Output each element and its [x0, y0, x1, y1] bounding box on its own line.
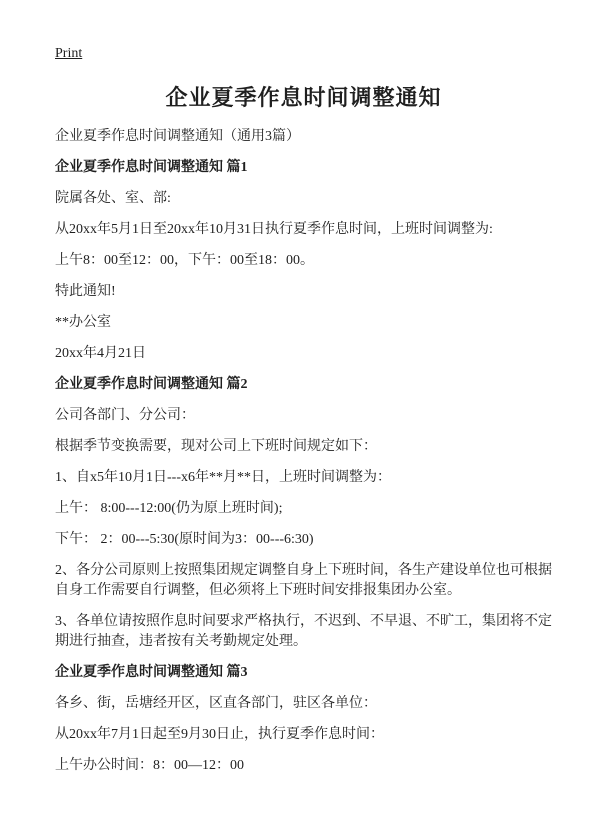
paragraph: 各乡、街，岳塘经开区，区直各部门，驻区各单位： — [55, 694, 552, 714]
document-subtitle: 企业夏季作息时间调整通知（通用3篇） — [55, 127, 552, 147]
section-2: 企业夏季作息时间调整通知 篇2 公司各部门、分公司： 根据季节变换需要，现对公司… — [55, 375, 552, 652]
paragraph: 3、各单位请按照作息时间要求严格执行，不迟到、不早退、不旷工，集团将不定期进行抽… — [55, 612, 552, 652]
paragraph: 院属各处、室、部: — [55, 189, 552, 209]
paragraph: 从20xx年5月1日至20xx年10月31日执行夏季作息时间，上班时间调整为: — [55, 220, 552, 240]
paragraph: 20xx年4月21日 — [55, 344, 552, 364]
document-page: Print 企业夏季作息时间调整通知 企业夏季作息时间调整通知（通用3篇） 企业… — [0, 0, 600, 828]
section-3-heading: 企业夏季作息时间调整通知 篇3 — [55, 663, 552, 683]
paragraph: 从20xx年7月1日起至9月30日止，执行夏季作息时间： — [55, 725, 552, 745]
paragraph: 公司各部门、分公司： — [55, 406, 552, 426]
paragraph: **办公室 — [55, 313, 552, 333]
paragraph: 根据季节变换需要，现对公司上下班时间规定如下： — [55, 437, 552, 457]
paragraph: 下午： 2：00---5:30(原时间为3：00---6:30) — [55, 530, 552, 550]
section-1: 企业夏季作息时间调整通知 篇1 院属各处、室、部: 从20xx年5月1日至20x… — [55, 158, 552, 364]
paragraph: 上午办公时间：8：00—12：00 — [55, 756, 552, 776]
paragraph: 上午8：00至12：00，下午：00至18：00。 — [55, 251, 552, 271]
paragraph: 上午： 8:00---12:00(仍为原上班时间); — [55, 499, 552, 519]
section-3: 企业夏季作息时间调整通知 篇3 各乡、街，岳塘经开区，区直各部门，驻区各单位： … — [55, 663, 552, 776]
section-1-heading: 企业夏季作息时间调整通知 篇1 — [55, 158, 552, 178]
document-title: 企业夏季作息时间调整通知 — [55, 83, 552, 113]
paragraph: 1、自x5年10月1日---x6年**月**日，上班时间调整为： — [55, 468, 552, 488]
paragraph: 特此通知! — [55, 282, 552, 302]
paragraph: 2、各分公司原则上按照集团规定调整自身上下班时间，各生产建设单位也可根据自身工作… — [55, 561, 552, 601]
print-link[interactable]: Print — [55, 45, 82, 63]
section-2-heading: 企业夏季作息时间调整通知 篇2 — [55, 375, 552, 395]
